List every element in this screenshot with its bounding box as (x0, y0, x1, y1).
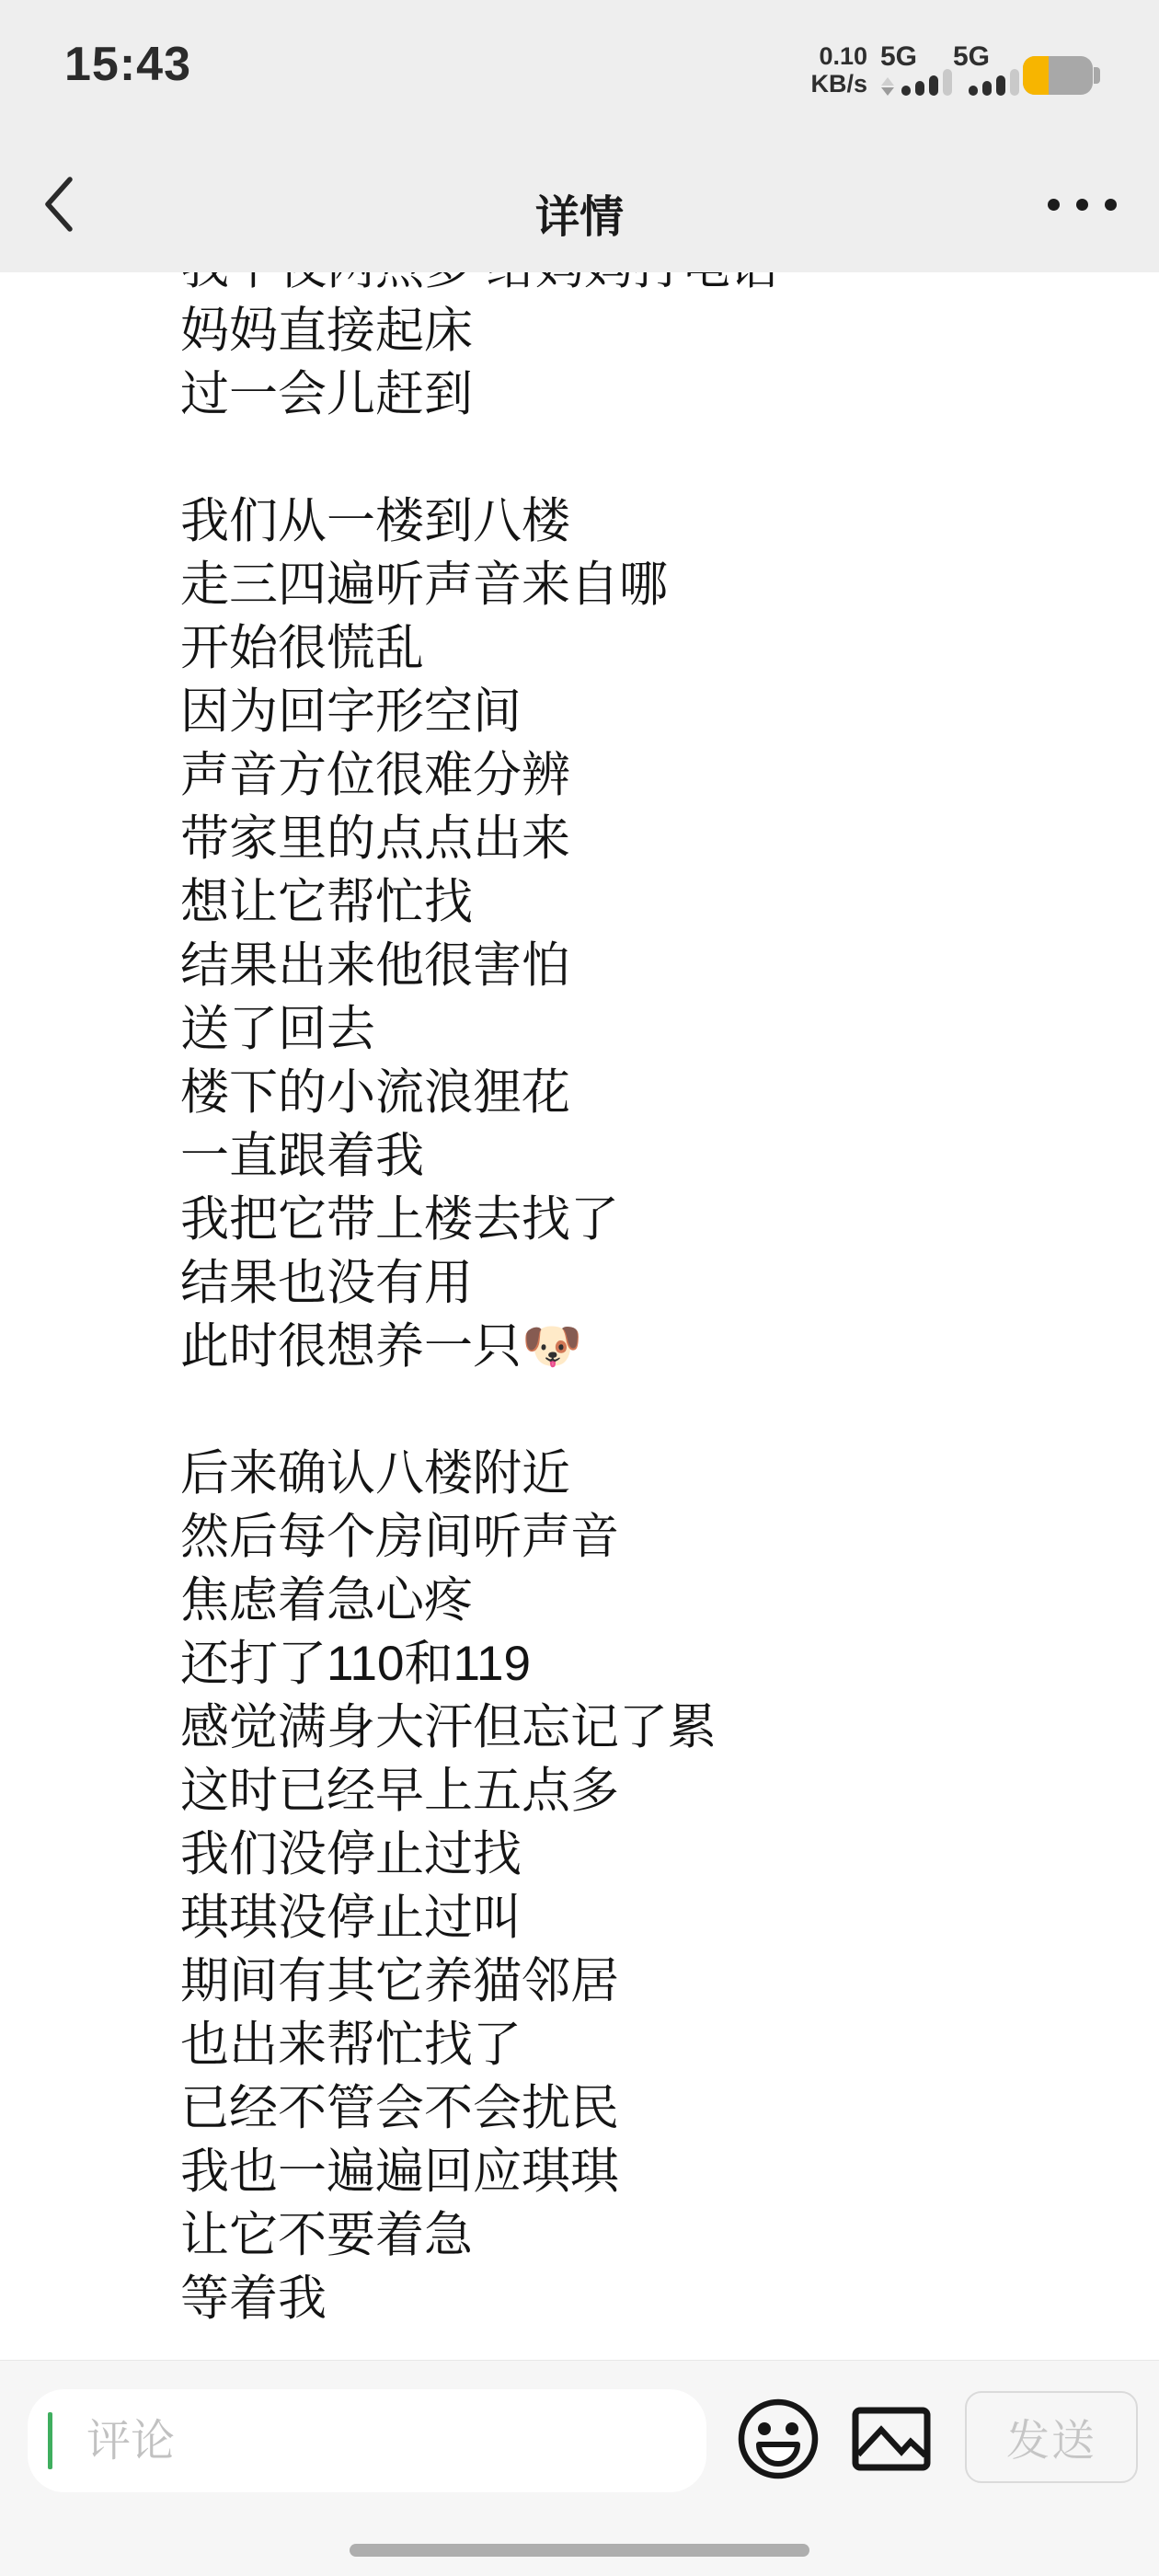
content-line: 琪琪没停止过叫 (180, 1886, 1122, 1949)
content-line: 我们从一楼到八楼 (180, 489, 1122, 553)
content-line: 声音方位很难分辨 (180, 743, 1122, 807)
content-line (180, 426, 1122, 489)
sim2-network-type: 5G (953, 41, 990, 73)
content-line: 等着我 (180, 2267, 1122, 2330)
comment-input-box[interactable] (28, 2389, 706, 2492)
app-screen: 15:43 0.10 KB/s 5G 5G 详情 我半夜两 (0, 0, 1159, 2576)
content-line: 开始很慌乱 (180, 616, 1122, 680)
content-line: 我们没停止过找 (180, 1823, 1122, 1886)
content-line: 已经不管会不会扰民 (180, 2076, 1122, 2140)
photo-button[interactable] (846, 2400, 936, 2478)
content-line: 带家里的点点出来 (180, 807, 1122, 870)
content-line: 一直跟着我 (180, 1124, 1122, 1188)
emoji-button[interactable] (734, 2395, 822, 2483)
battery-icon (1023, 56, 1093, 95)
network-speed-value: 0.10 (752, 42, 867, 70)
sim1-signal-icon (901, 69, 952, 96)
content-line: 结果也没有用 (180, 1251, 1122, 1315)
sim2-signal-icon (969, 69, 1019, 96)
content-line: 让它不要着急 (180, 2203, 1122, 2267)
battery-fill (1023, 56, 1049, 95)
content-line: 还打了110和119 (180, 1632, 1122, 1696)
network-speed-unit: KB/s (752, 70, 867, 98)
send-button[interactable]: 发送 (965, 2391, 1138, 2483)
content-line: 也出来帮忙找了 (180, 2013, 1122, 2076)
content-line: 焦虑着急心疼 (180, 1569, 1122, 1632)
content-line: 这时已经早上五点多 (180, 1759, 1122, 1823)
network-speed: 0.10 KB/s (752, 42, 867, 98)
content-line: 后来确认八楼附近 (180, 1442, 1122, 1505)
content-line: 期间有其它养猫邻居 (180, 1949, 1122, 2013)
page-title: 详情 (0, 181, 1159, 245)
ellipsis-icon (1048, 199, 1060, 211)
content-line (180, 1378, 1122, 1442)
more-options-button[interactable] (1042, 184, 1122, 224)
data-activity-arrows-icon (881, 77, 894, 96)
status-time: 15:43 (64, 37, 191, 92)
home-indicator[interactable] (350, 2544, 809, 2557)
comment-input[interactable] (28, 2389, 706, 2492)
content-scroll[interactable]: 我半夜两点多 给妈妈打电话妈妈直接起床过一会儿赶到 我们从一楼到八楼走三四遍听声… (180, 236, 1122, 2330)
content-line: 结果出来他很害怕 (180, 934, 1122, 997)
content-line: 然后每个房间听声音 (180, 1505, 1122, 1569)
content-line: 妈妈直接起床 (180, 299, 1122, 362)
picture-icon (852, 2407, 931, 2471)
content-line: 因为回字形空间 (180, 680, 1122, 743)
content-line: 感觉满身大汗但忘记了累 (180, 1696, 1122, 1759)
content-line: 此时很想养一只🐶 (180, 1315, 1122, 1378)
content-line: 送了回去 (180, 997, 1122, 1061)
smiley-face-icon (738, 2398, 819, 2479)
comment-bar: 发送 (0, 2360, 1159, 2576)
content-line: 过一会儿赶到 (180, 362, 1122, 426)
battery-nub (1094, 67, 1100, 84)
content-line: 我也一遍遍回应琪琪 (180, 2140, 1122, 2203)
sim1-network-type: 5G (880, 41, 917, 73)
content-line: 想让它帮忙找 (180, 870, 1122, 934)
content-line: 楼下的小流浪狸花 (180, 1061, 1122, 1124)
header: 15:43 0.10 KB/s 5G 5G 详情 (0, 0, 1159, 272)
text-cursor (48, 2412, 52, 2469)
content-line: 我把它带上楼去找了 (180, 1188, 1122, 1251)
content-line: 走三四遍听声音来自哪 (180, 553, 1122, 616)
